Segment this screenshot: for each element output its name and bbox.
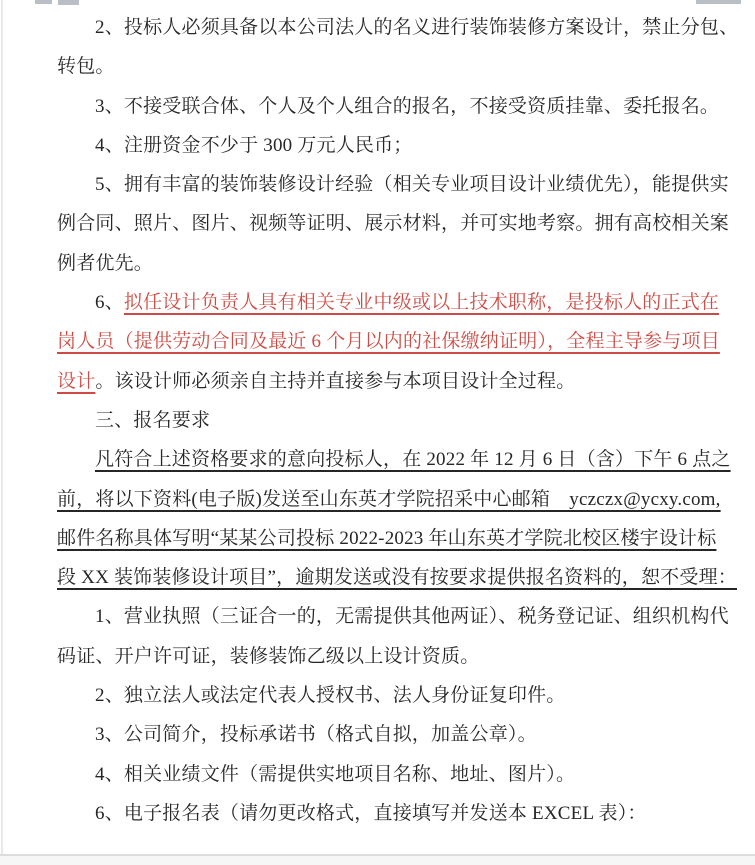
text-segment: 2、投标人必须具备以本公司法人的名义进行装饰装修方案设计，禁止分包、 <box>95 17 738 38</box>
text-segment: 码证、开户许可证，装修装饰乙级以上设计资质。 <box>57 646 479 667</box>
text-line: 1、营业执照（三证合一的，无需提供其他两证）、税务登记证、组织机构代 <box>57 597 727 636</box>
text-line: 设计。该设计师必须亲自主持并直接参与本项目设计全过程。 <box>57 362 727 401</box>
text-segment: 转包。 <box>57 56 115 77</box>
cropped-text-artifact <box>35 0 52 4</box>
text-segment: 3、公司简介，投标承诺书（格式自拟，加盖公章）。 <box>95 724 537 745</box>
text-line: 4、注册资金不少于 300 万元人民币； <box>57 126 727 165</box>
text-segment: 设计 <box>57 371 95 392</box>
cropped-text-artifact <box>58 0 79 5</box>
cropped-text-artifact <box>696 0 741 4</box>
text-line: 前，将以下资料(电子版)发送至山东英才学院招采中心邮箱 yczczx@ycxy.… <box>57 480 727 519</box>
text-segment: 段 XX 装饰装修设计项目”，逾期发送或没有按要求提供报名资料的，恕不受理： <box>57 567 737 588</box>
text-line: 3、不接受联合体、个人及个人组合的报名，不接受资质挂靠、委托报名。 <box>57 87 727 126</box>
text-segment: 6、 <box>95 292 124 313</box>
text-line: 2、投标人必须具备以本公司法人的名义进行装饰装修方案设计，禁止分包、 <box>57 8 727 47</box>
text-line: 6、电子报名表（请勿更改格式，直接填写并发送本 EXCEL 表）： <box>57 794 727 833</box>
text-line: 5、拥有丰富的装饰装修设计经验（相关专业项目设计业绩优先），能提供实 <box>57 165 727 204</box>
text-segment: 岗人员（提供劳动合同及最近 6 个月以内的社保缴纳证明），全程主导参与项目 <box>57 331 720 352</box>
text-line: 邮件名称具体写明“某某公司投标 2022-2023 年山东英才学院北校区楼宇设计… <box>57 519 727 558</box>
text-segment: 4、注册资金不少于 300 万元人民币； <box>95 135 413 156</box>
text-segment: 4、相关业绩文件（需提供实地项目名称、地址、图片）。 <box>95 764 575 785</box>
text-line: 2、独立法人或法定代表人授权书、法人身份证复印件。 <box>57 676 727 715</box>
text-line: 3、公司简介，投标承诺书（格式自拟，加盖公章）。 <box>57 715 727 754</box>
text-segment: 前，将以下资料(电子版)发送至山东英才学院招采中心邮箱 yczczx@ycxy.… <box>57 489 721 510</box>
text-segment: 凡符合上述资格要求的意向投标人，在 2022 年 12 月 6 日（含）下午 6… <box>95 449 731 470</box>
text-line: 例者优先。 <box>57 244 727 283</box>
text-line: 6、拟任设计负责人具有相关专业中级或以上技术职称，是投标人的正式在 <box>57 283 727 322</box>
text-line: 码证、开户许可证，装修装饰乙级以上设计资质。 <box>57 637 727 676</box>
text-segment: 三、报名要求 <box>95 410 210 431</box>
text-segment: 邮件名称具体写明“某某公司投标 2022-2023 年山东英才学院北校区楼宇设计… <box>57 528 716 549</box>
text-segment: 5、拥有丰富的装饰装修设计经验（相关专业项目设计业绩优先），能提供实 <box>95 174 729 195</box>
text-segment: 3、不接受联合体、个人及个人组合的报名，不接受资质挂靠、委托报名。 <box>95 96 719 117</box>
text-segment: 拟任设计负责人具有相关专业中级或以上技术职称，是投标人的正式在 <box>124 292 719 313</box>
text-line: 三、报名要求 <box>57 401 727 440</box>
text-segment: 例合同、照片、图片、视频等证明、展示材料，并可实地考察。拥有高校相关案 <box>57 213 729 234</box>
document-viewport: 2、投标人必须具备以本公司法人的名义进行装饰装修方案设计，禁止分包、转包。3、不… <box>0 0 755 865</box>
text-segment: 例者优先。 <box>57 253 153 274</box>
document-page: 2、投标人必须具备以本公司法人的名义进行装饰装修方案设计，禁止分包、转包。3、不… <box>0 0 755 856</box>
document-text-body: 2、投标人必须具备以本公司法人的名义进行装饰装修方案设计，禁止分包、转包。3、不… <box>57 8 727 833</box>
text-line: 4、相关业绩文件（需提供实地项目名称、地址、图片）。 <box>57 755 727 794</box>
text-line: 例合同、照片、图片、视频等证明、展示材料，并可实地考察。拥有高校相关案 <box>57 204 727 243</box>
text-segment: 。该设计师必须亲自主持并直接参与本项目设计全过程。 <box>95 371 575 392</box>
text-segment: 6、电子报名表（请勿更改格式，直接填写并发送本 EXCEL 表）： <box>95 803 647 824</box>
text-line: 凡符合上述资格要求的意向投标人，在 2022 年 12 月 6 日（含）下午 6… <box>57 440 727 479</box>
page-left-edge <box>1 0 3 854</box>
text-line: 岗人员（提供劳动合同及最近 6 个月以内的社保缴纳证明），全程主导参与项目 <box>57 322 727 361</box>
text-segment: 2、独立法人或法定代表人授权书、法人身份证复印件。 <box>95 685 566 706</box>
text-line: 转包。 <box>57 47 727 86</box>
text-segment: 1、营业执照（三证合一的，无需提供其他两证）、税务登记证、组织机构代 <box>95 606 729 627</box>
text-line: 段 XX 装饰装修设计项目”，逾期发送或没有按要求提供报名资料的，恕不受理： <box>57 558 727 597</box>
